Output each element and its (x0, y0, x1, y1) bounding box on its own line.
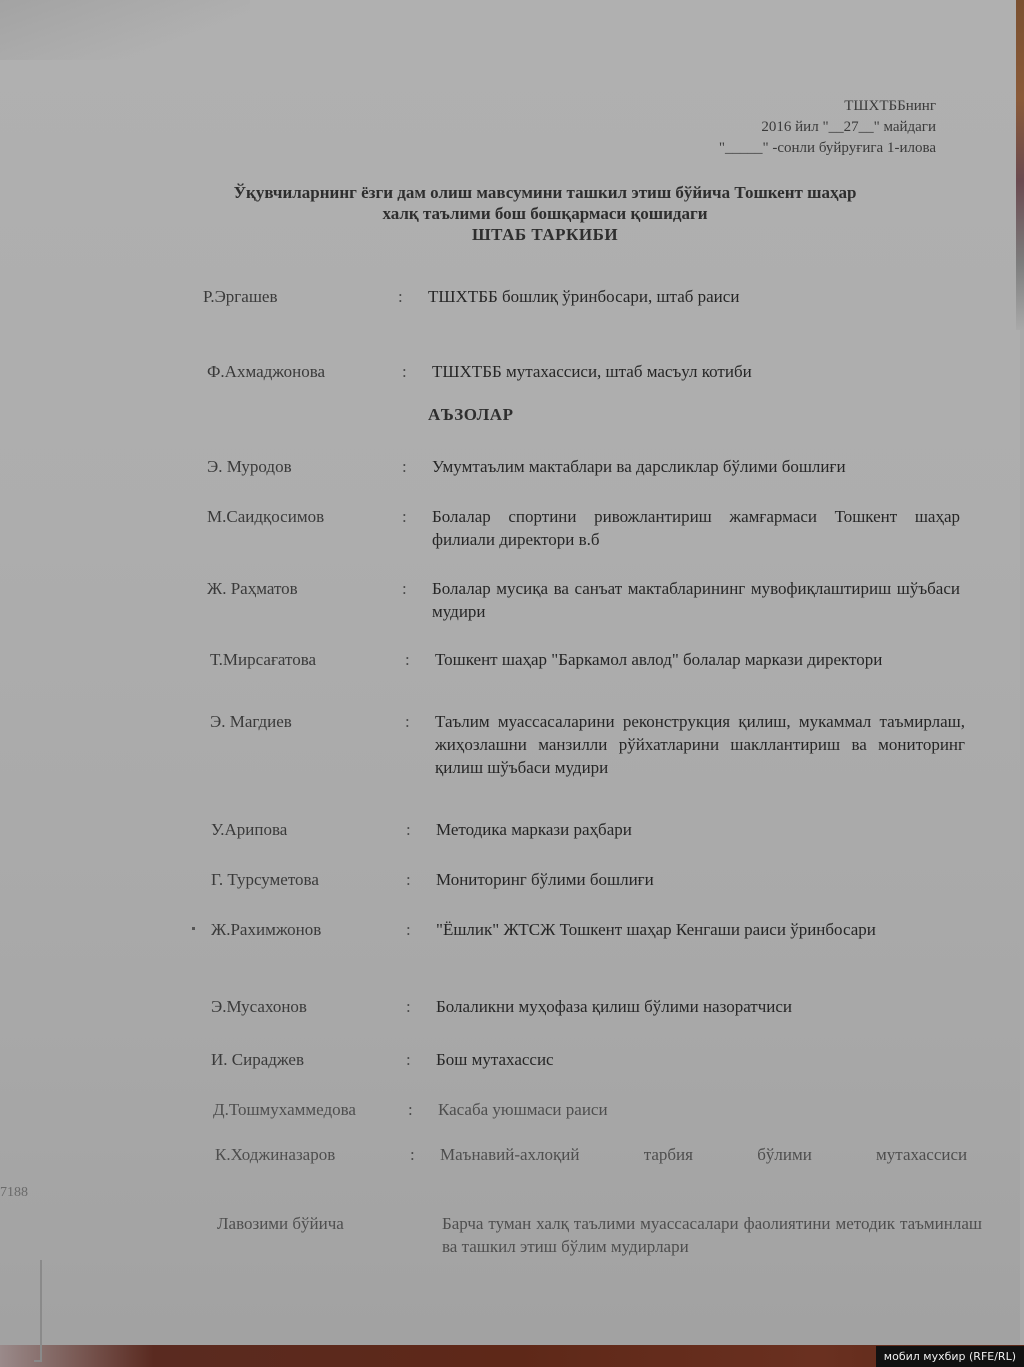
member-name: И. Сираджев (211, 1048, 406, 1071)
separator: : (406, 1048, 436, 1071)
appendix-line-2: 2016 йил "__27__" майдаги (719, 117, 936, 138)
separator: : (402, 455, 432, 478)
watermark-caption: мобил мухбир (RFE/RL) (876, 1346, 1024, 1367)
member-position: "Ёшлик" ЖТСЖ Тошкент шаҳар Кенгаши раиси… (436, 918, 968, 941)
staff-name: Ф.Ахмаджонова (207, 360, 402, 383)
member-name: Лавозими бўйича (217, 1212, 412, 1258)
member-position: Таълим муассасаларини реконструкция қили… (435, 710, 965, 779)
member-position: Маънавий-ахлоқий тарбия бўлими мутахасси… (440, 1143, 978, 1166)
member-name: Ж.Рахимжонов (211, 918, 406, 941)
title-line-2: халқ таълими бош бошқармаси қошидаги (150, 203, 940, 224)
separator: : (402, 577, 432, 623)
margin-bracket (34, 1260, 42, 1362)
separator: : (406, 868, 436, 891)
separator: : (402, 505, 432, 551)
table-surface (0, 1345, 1024, 1367)
staff-row: Ф.Ахмаджонова : ТШХТББ мутахассиси, штаб… (207, 360, 952, 383)
separator: : (406, 818, 436, 841)
staff-position: ТШХТББ бошлиқ ўринбосари, штаб раиси (428, 285, 948, 308)
member-row: К.Ходжиназаров : Маънавий-ахлоқий тарбия… (215, 1143, 978, 1166)
member-position: Болалар спортини ривожлантириш жамғармас… (432, 505, 960, 551)
member-row: И. Сираджев : Бош мутахассис (211, 1048, 976, 1071)
member-name: Ж. Раҳматов (207, 577, 402, 623)
member-row: Г. Турсуметова : Мониторинг бўлими бошли… (211, 868, 966, 891)
member-name: М.Саидқосимов (207, 505, 402, 551)
appendix-header: ТШХТББнинг 2016 йил "__27__" майдаги "__… (719, 96, 936, 159)
staff-position: ТШХТББ мутахассиси, штаб масъул котиби (432, 360, 952, 383)
member-position: Бош мутахассис (436, 1048, 976, 1071)
document-title: Ўқувчиларнинг ёзги дам олиш мавсумини та… (150, 182, 940, 245)
stray-mark (192, 927, 195, 930)
member-name: Т.Мирсағатова (210, 648, 405, 671)
separator: : (405, 648, 435, 671)
appendix-line-1: ТШХТББнинг (719, 96, 936, 117)
member-row: Т.Мирсағатова : Тошкент шаҳар "Баркамол … (210, 648, 963, 671)
member-row: Ж.Рахимжонов : "Ёшлик" ЖТСЖ Тошкент шаҳа… (211, 918, 968, 941)
member-row: Э. Магдиев : Таълим муассасаларини рекон… (210, 710, 965, 779)
member-row: Ж. Раҳматов : Болалар мусиқа ва санъат м… (207, 577, 960, 623)
separator: : (405, 710, 435, 779)
member-position: Методика маркази раҳбари (436, 818, 966, 841)
member-row: Э. Муродов : Умумтаълим мактаблари ва да… (207, 455, 962, 478)
member-position: Болаликни муҳофаза қилиш бўлими назоратч… (436, 995, 976, 1018)
member-position: Тошкент шаҳар "Баркамол авлод" болалар м… (435, 648, 963, 671)
member-name: У.Арипова (211, 818, 406, 841)
member-position: Касаба уюшмаси раиси (438, 1098, 978, 1121)
separator: : (402, 360, 432, 383)
member-row: Лавозими бўйича Барча туман халқ таълими… (217, 1212, 982, 1258)
margin-note-text: 7188 (0, 1185, 28, 1200)
separator: : (410, 1143, 440, 1166)
separator: : (398, 285, 428, 308)
member-name: Э. Муродов (207, 455, 402, 478)
member-row: Д.Тошмухаммедова : Касаба уюшмаси раиси (213, 1098, 978, 1121)
separator (412, 1212, 442, 1258)
staff-row: Р.Эргашев : ТШХТББ бошлиқ ўринбосари, шт… (203, 285, 948, 308)
appendix-line-3: "_____" -сонли буйруғига 1-илова (719, 138, 936, 159)
title-line-1: Ўқувчиларнинг ёзги дам олиш мавсумини та… (150, 182, 940, 203)
margin-handwriting: 7188 (0, 1185, 40, 1285)
member-position: Болалар мусиқа ва санъат мактабларининг … (432, 577, 960, 623)
page-edge-background (1016, 0, 1024, 330)
page-shadow (0, 0, 250, 60)
member-name: К.Ходжиназаров (215, 1143, 410, 1166)
member-row: У.Арипова : Методика маркази раҳбари (211, 818, 966, 841)
member-name: Г. Турсуметова (211, 868, 406, 891)
member-position: Барча туман халқ таълими муассасалари фа… (442, 1212, 982, 1258)
member-position: Мониторинг бўлими бошлиғи (436, 868, 966, 891)
title-line-3: ШТАБ ТАРКИБИ (150, 224, 940, 245)
member-row: М.Саидқосимов : Болалар спортини ривожла… (207, 505, 960, 551)
member-name: Э. Магдиев (210, 710, 405, 779)
member-name: Д.Тошмухаммедова (213, 1098, 408, 1121)
separator: : (406, 918, 436, 941)
members-heading: АЪЗОЛАР (428, 405, 513, 425)
separator: : (406, 995, 436, 1018)
separator: : (408, 1098, 438, 1121)
member-row: Э.Мусахонов : Болаликни муҳофаза қилиш б… (211, 995, 976, 1018)
staff-name: Р.Эргашев (203, 285, 398, 308)
member-name: Э.Мусахонов (211, 995, 406, 1018)
member-position: Умумтаълим мактаблари ва дарсликлар бўли… (432, 455, 962, 478)
